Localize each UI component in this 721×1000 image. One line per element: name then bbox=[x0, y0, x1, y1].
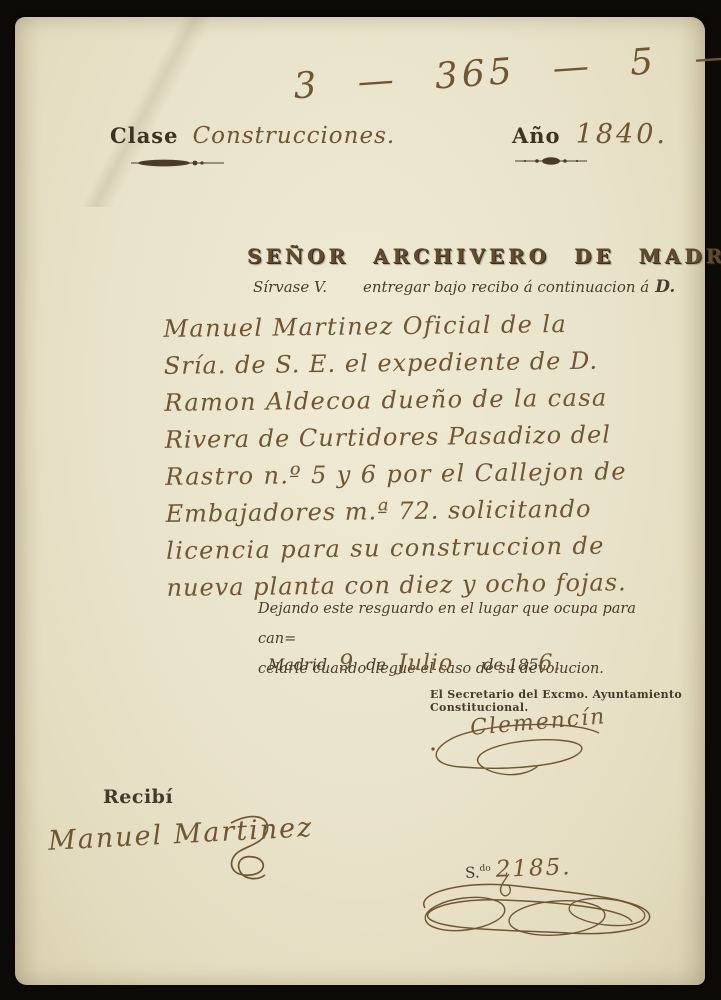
dateline-de: de bbox=[366, 655, 386, 674]
clase-label: Clase bbox=[110, 123, 178, 148]
dateline-city: Madrid bbox=[268, 655, 327, 674]
handwritten-line: Sría. de S. E. el expediente de D. bbox=[164, 342, 642, 385]
recibi-rubric-icon bbox=[213, 809, 283, 887]
document-title: SEÑOR ARCHIVERO DE MADRID. bbox=[247, 244, 667, 268]
ornament-divider-icon bbox=[130, 157, 225, 169]
salutation-line: Sírvase V.entregar bajo recibo á continu… bbox=[253, 277, 667, 297]
seal-flourish-icon bbox=[407, 870, 662, 945]
salutation-post: entregar bajo recibo á continuacion á bbox=[363, 278, 649, 296]
archival-number: 3 — 365 — 5 — bbox=[292, 36, 721, 108]
document-page: 3 — 365 — 5 — Clase Construcciones. Año … bbox=[15, 17, 705, 985]
ornament-divider-icon bbox=[515, 155, 587, 167]
handwritten-line: Rivera de Curtidores Pasadizo del bbox=[165, 416, 643, 459]
scan-background: 3 — 365 — 5 — Clase Construcciones. Año … bbox=[0, 0, 721, 1000]
ano-label: Año bbox=[512, 123, 561, 148]
handwritten-line: licencia para su construccion de bbox=[166, 527, 644, 570]
recibi-label: Recibí bbox=[103, 786, 173, 808]
handwritten-line: Ramon Aldecoa dueño de la casa bbox=[164, 379, 642, 422]
dateline-month: Julio bbox=[398, 651, 453, 676]
salutation-pre: Sírvase V. bbox=[253, 278, 327, 296]
handwritten-line: Manuel Martinez Oficial de la bbox=[163, 305, 641, 348]
ano-row: Año 1840. bbox=[512, 119, 668, 150]
handwritten-body: Manuel Martinez Oficial de la Sría. de S… bbox=[163, 305, 645, 607]
clase-value: Construcciones. bbox=[193, 123, 396, 149]
dateline: Madrid9deJuliode 1856. bbox=[268, 651, 562, 676]
salutation-addressee: D. bbox=[655, 277, 675, 297]
handwritten-line: Rastro n.º 5 y 6 por el Callejon de bbox=[165, 453, 643, 496]
clase-row: Clase Construcciones. bbox=[110, 123, 395, 149]
dateline-de-year: de 185 bbox=[483, 655, 538, 674]
dateline-year-final: 6. bbox=[539, 651, 562, 676]
ano-value: 1840. bbox=[576, 119, 668, 150]
dateline-day: 9 bbox=[339, 651, 354, 676]
handwritten-line: Embajadores m.ª 72. solicitando bbox=[165, 490, 643, 533]
retention-note-line: Dejando este resguardo en el lugar que o… bbox=[258, 594, 660, 654]
